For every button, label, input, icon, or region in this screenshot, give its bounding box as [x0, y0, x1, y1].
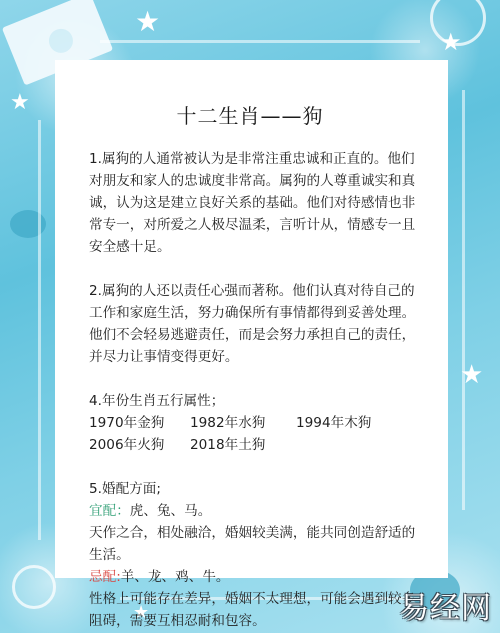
text-line: 诚，认为这是建立良好关系的基础。他们对待感情也非 — [89, 192, 429, 214]
section-responsibility: 2.属狗的人还以责任心强而著称。他们认真对待自己的 工作和家庭生活，努力确保所有… — [89, 280, 429, 368]
bad-match-line: 忌配:羊、龙、鸡、牛。 — [89, 566, 429, 588]
section-personality-loyalty: 1.属狗的人通常被认为是非常注重忠诚和正直的。他们 对朋友和家人的忠诚度非常高。… — [89, 148, 429, 258]
star-icon: ★ — [440, 30, 462, 54]
bad-match-label: 忌配 — [89, 569, 116, 585]
years-row: 2006年火狗 2018年土狗 — [89, 434, 429, 456]
year-item: 1970年金狗 — [89, 412, 190, 434]
text-line: 天作之合，相处融洽，婚姻较美满，能共同创造舒适的 — [89, 522, 429, 544]
text-line: 工作和家庭生活，努力确保所有事情都得到妥善处理。 — [89, 302, 429, 324]
text-line: 生活。 — [89, 544, 429, 566]
page-title: 十二生肖——狗 — [0, 100, 500, 129]
line-decoration — [100, 40, 420, 43]
bad-match-values: 羊、龙、鸡、牛。 — [121, 569, 230, 585]
year-item: 1994年木狗 — [296, 412, 371, 434]
text-line: 性格上可能存在差异，婚姻不太理想，可能会遇到较多 — [89, 588, 429, 610]
good-match-label: 宜配 — [89, 503, 116, 519]
star-icon: ★ — [135, 8, 160, 36]
text-line: 阻碍，需要互相忍耐和包容。 — [89, 610, 429, 632]
good-match-separator: ： — [116, 503, 130, 519]
text-line: 他们不会轻易逃避责任，而是会努力承担自己的责任， — [89, 324, 429, 346]
star-icon: ★ — [460, 362, 483, 388]
section-heading: 4.年份生肖五行属性； — [89, 390, 429, 412]
year-item: 1982年水狗 — [190, 412, 296, 434]
line-decoration — [462, 90, 465, 510]
section-years-elements: 4.年份生肖五行属性； 1970年金狗 1982年水狗 1994年木狗 2006… — [89, 390, 429, 456]
text-line: 并尽力让事情变得更好。 — [89, 346, 429, 368]
ring-decoration — [430, 0, 486, 46]
text-line: 1.属狗的人通常被认为是非常注重忠诚和正直的。他们 — [89, 148, 429, 170]
years-row: 1970年金狗 1982年水狗 1994年木狗 — [89, 412, 429, 434]
good-match-line: 宜配：虎、兔、马。 — [89, 500, 429, 522]
good-match-values: 虎、兔、马。 — [130, 503, 212, 519]
text-line: 安全感十足。 — [89, 236, 429, 258]
ring-decoration — [12, 565, 56, 609]
text-line: 对朋友和家人的忠诚度非常高。属狗的人尊重诚实和真 — [89, 170, 429, 192]
text-line: 常专一，对所爱之人极尽温柔，言听计从，情感专一且 — [89, 214, 429, 236]
article-body: 1.属狗的人通常被认为是非常注重忠诚和正直的。他们 对朋友和家人的忠诚度非常高。… — [89, 148, 429, 632]
line-decoration — [38, 120, 41, 540]
text-line: 2.属狗的人还以责任心强而著称。他们认真对待自己的 — [89, 280, 429, 302]
section-marriage: 5.婚配方面; 宜配：虎、兔、马。 天作之合，相处融洽，婚姻较美满，能共同创造舒… — [89, 478, 429, 632]
blob-decoration — [10, 210, 46, 238]
section-heading: 5.婚配方面; — [89, 478, 429, 500]
year-item: 2006年火狗 — [89, 434, 190, 456]
year-item: 2018年土狗 — [190, 434, 296, 456]
watermark-logo: 易经网 — [399, 583, 492, 627]
